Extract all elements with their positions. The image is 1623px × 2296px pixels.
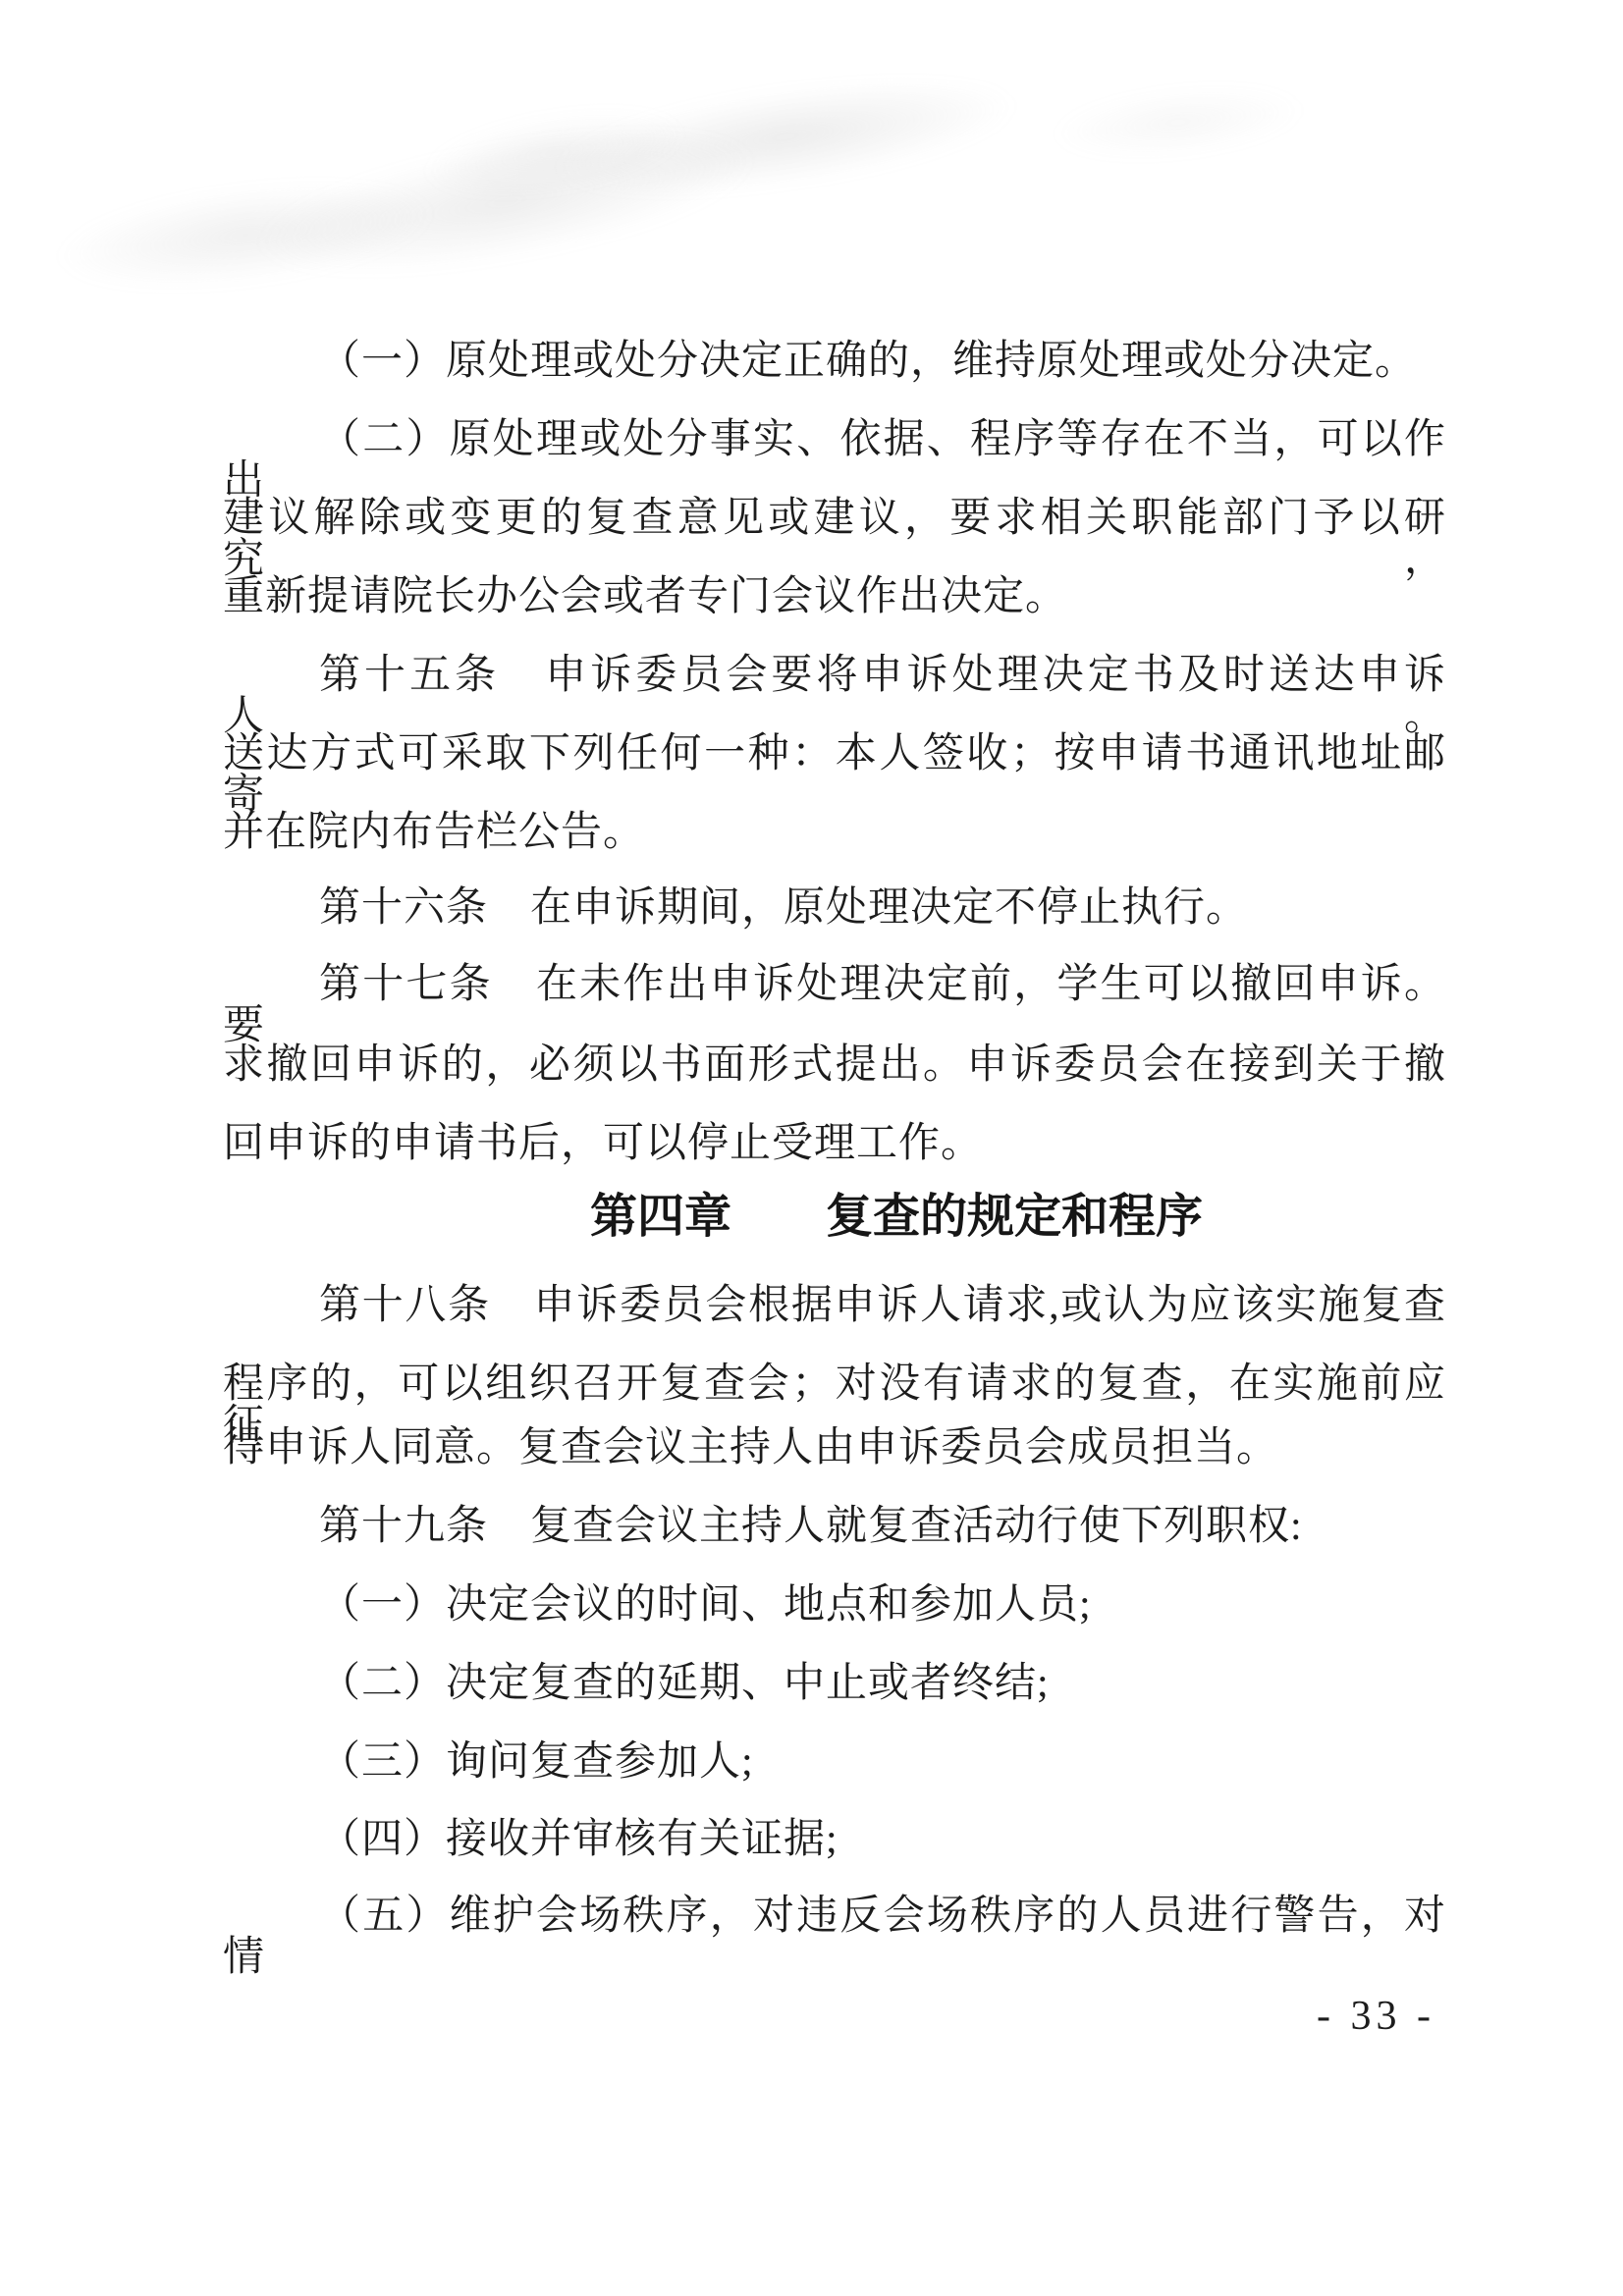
scan-smudge [244,102,767,302]
doc-line-article-18-start: 第十八条 申诉委员会根据申诉人请求,或认为应该实施复查 [223,1285,1446,1326]
doc-line-item-2-start: （二）原处理或处分事实、依据、程序等存在不当，可以作出 [223,419,1446,502]
doc-line-power-4: （四）接收并审核有关证据; [223,1819,839,1860]
doc-line-article-15-start: 第十五条 申诉委员会要将申诉处理决定书及时送达申诉人。 [223,655,1446,737]
doc-line-article-19: 第十九条 复查会议主持人就复查活动行使下列职权: [223,1506,1303,1547]
document-page: （一）原处理或处分决定正确的，维持原处理或处分决定。 （二）原处理或处分事实、依… [0,0,1623,2296]
scan-smudge [546,58,1026,216]
doc-line-power-3: （三）询问复查参加人; [223,1741,754,1783]
doc-line-article-18-end: 得申诉人同意。复查会议主持人由申诉委员会成员担当。 [223,1427,1278,1468]
doc-line-power-5: （五）维护会场秩序，对违反会场秩序的人员进行警告，对情 [223,1896,1446,1978]
doc-line-item-2-end: 重新提请院长办公会或者专门会议作出决定。 [223,576,1067,617]
doc-line-item-1: （一）原处理或处分决定正确的，维持原处理或处分决定。 [223,341,1417,382]
scan-smudge [418,95,691,209]
doc-line-article-17-cont: 求撤回申诉的，必须以书面形式提出。申诉委员会在接到关于撤 [223,1044,1446,1086]
doc-line-power-2: （二）决定复查的延期、中止或者终结; [223,1663,1050,1704]
doc-line-article-17-end: 回申诉的申请书后，可以停止受理工作。 [223,1123,983,1164]
doc-line-article-17-start: 第十七条 在未作出申诉处理决定前，学生可以撤回申诉。要 [223,964,1446,1046]
scan-smudge [50,166,442,305]
page-number: - 33 - [1317,1996,1435,2037]
doc-line-power-1: （一）决定会议的时间、地点和参加人员; [223,1584,1092,1626]
doc-line-article-15-cont: 送达方式可采取下列任何一种：本人签收；按申请书通讯地址邮寄 [223,733,1446,816]
doc-line-item-2-cont: 建议解除或变更的复查意见或建议，要求相关职能部门予以研究， [223,498,1446,580]
doc-line-article-15-end: 并在院内布告栏公告。 [223,812,645,853]
chapter-heading: 第四章 复查的规定和程序 [590,1194,1203,1241]
doc-line-article-16: 第十六条 在申诉期间，原处理决定不停止执行。 [223,887,1248,929]
scan-smudge [1048,78,1308,168]
